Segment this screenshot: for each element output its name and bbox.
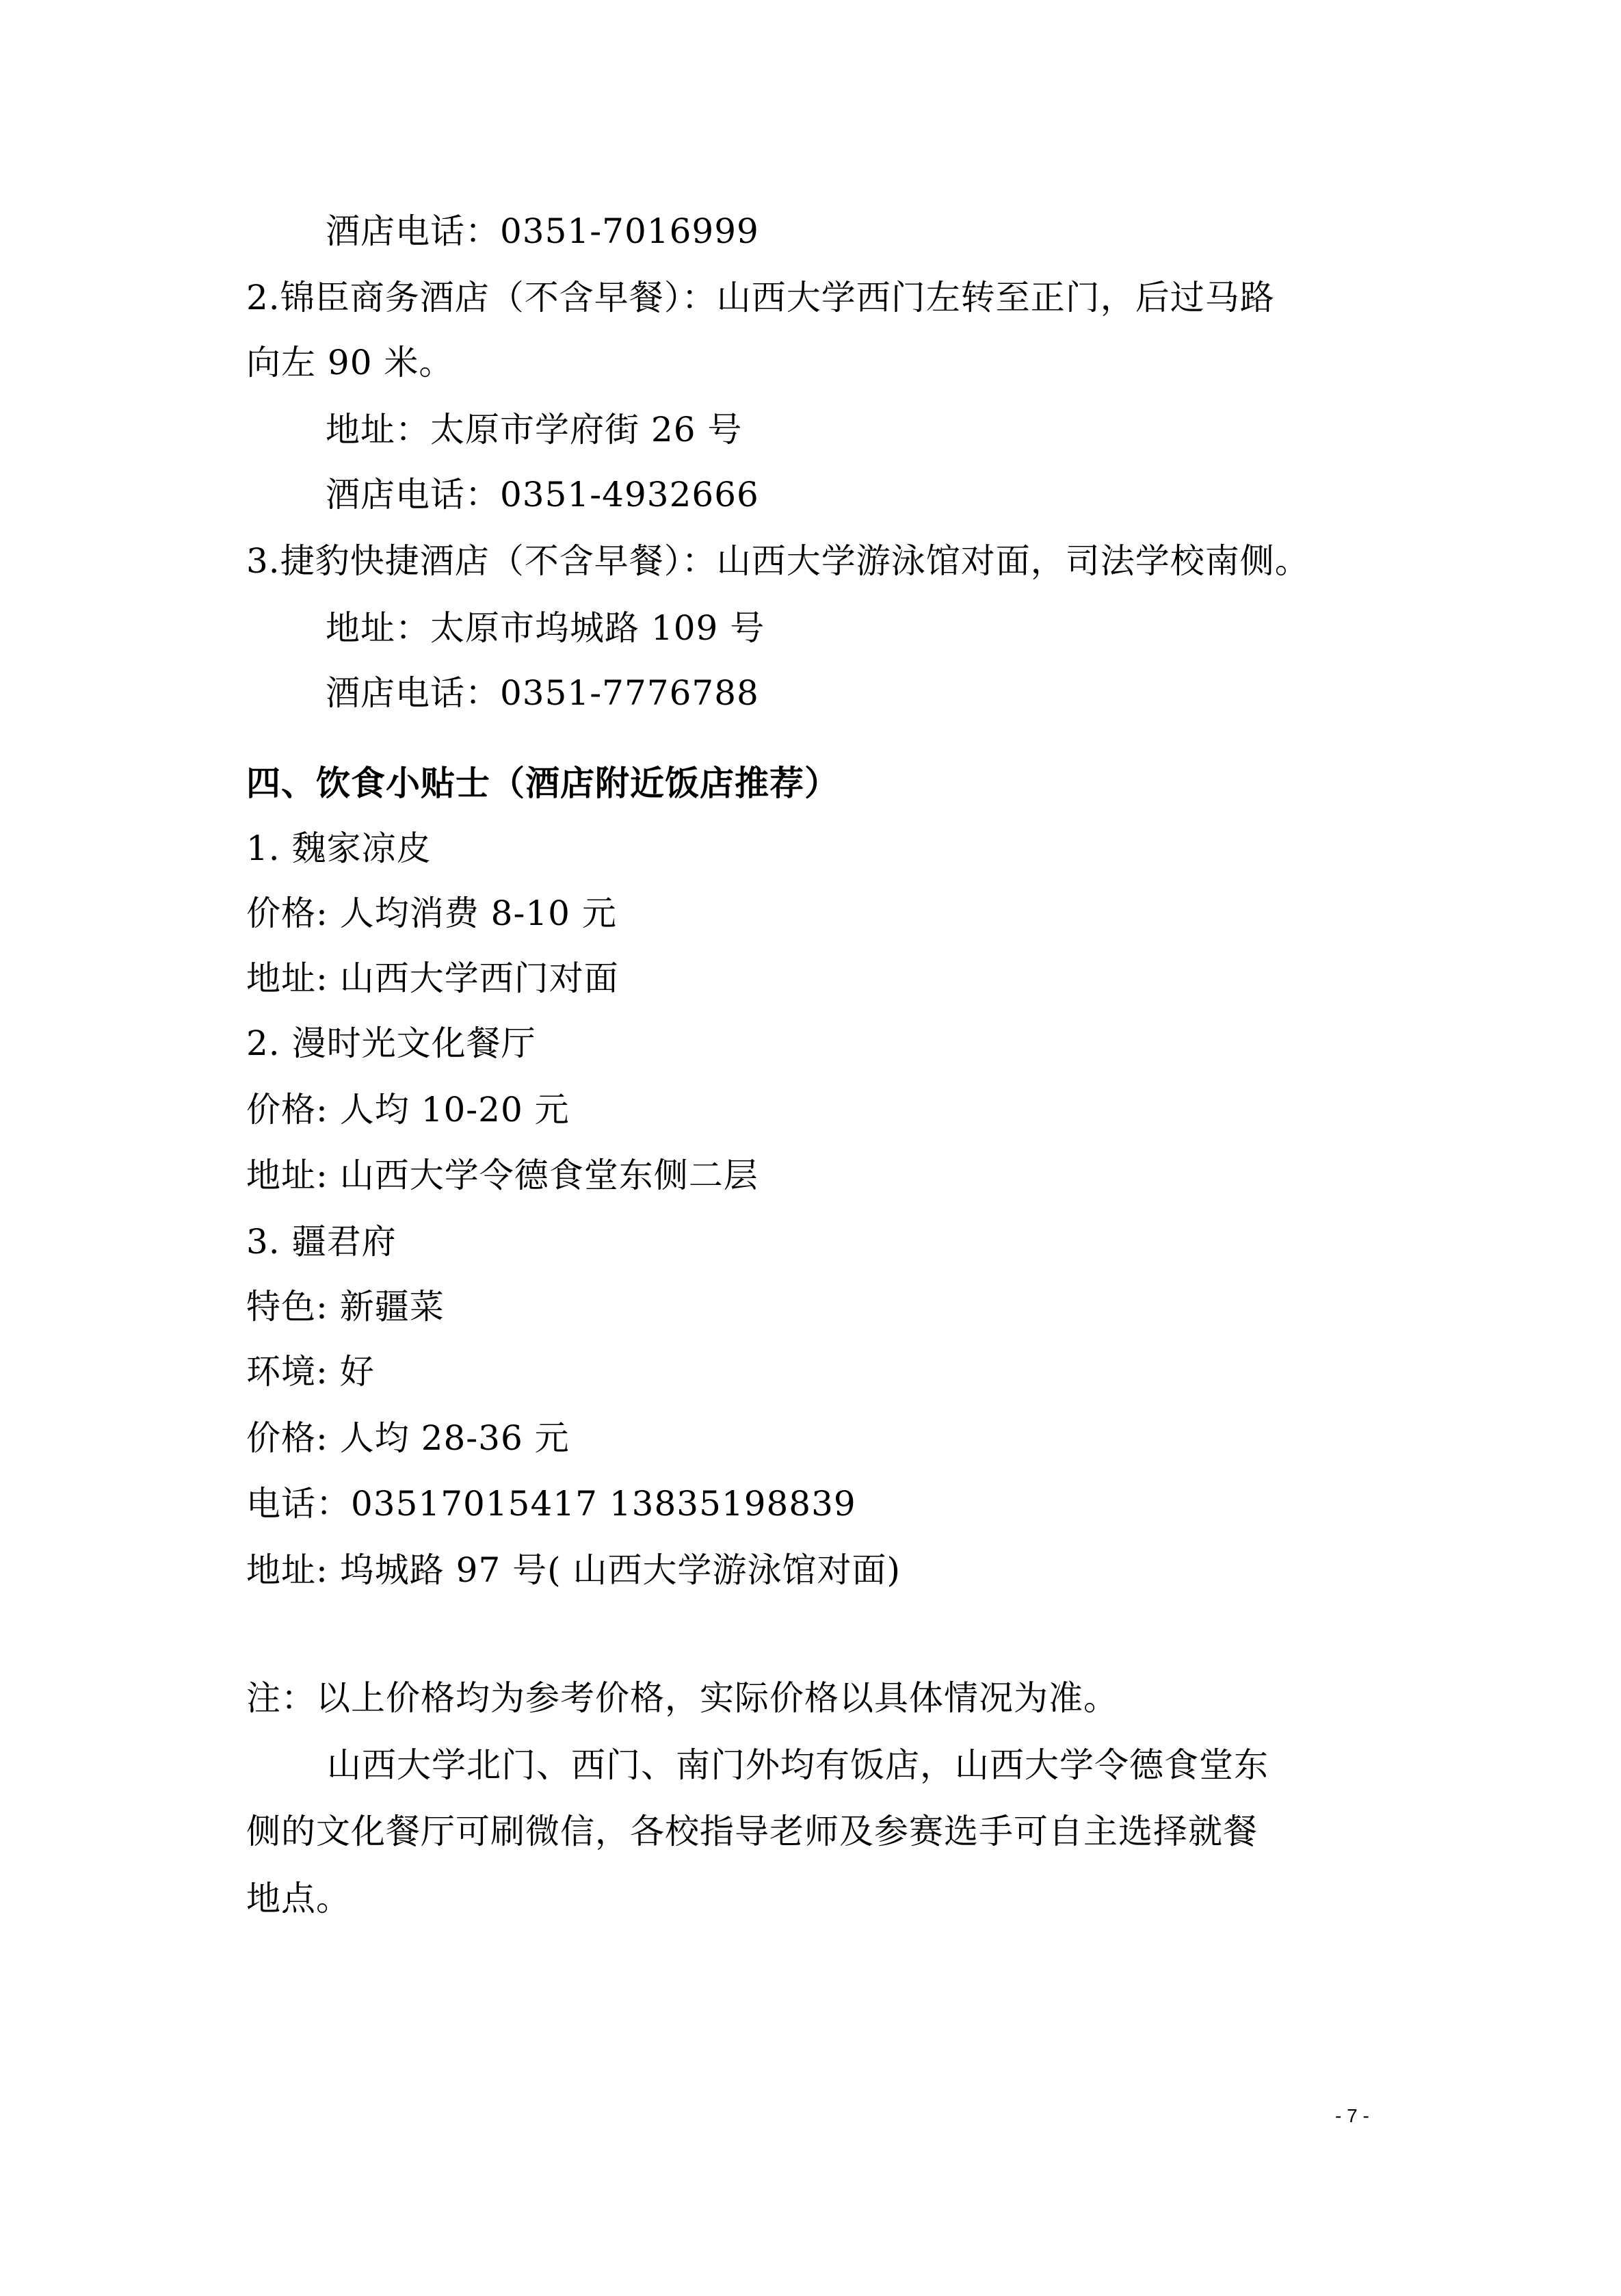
document-page: 酒店电话：0351-7016999 2.锦臣商务酒店（不含早餐）：山西大学西门左… [0,0,1621,2296]
hotel3-address: 地址：太原市坞城路 109 号 [326,608,765,649]
note-paragraph-line3: 地点。 [246,1878,351,1919]
restaurant-2-name: 2. 漫时光文化餐厅 [246,1023,536,1064]
restaurant-1-address: 地址: 山西大学西门对面 [246,958,619,999]
restaurant-1-name: 1. 魏家凉皮 [246,828,432,869]
hotel1-phone: 酒店电话：0351-7016999 [326,211,759,252]
restaurant-3-address: 地址: 坞城路 97 号( 山西大学游泳馆对面) [246,1550,901,1591]
hotel2-title: 2.锦臣商务酒店（不含早餐）：山西大学西门左转至正门，后过马路 [246,277,1275,318]
section-heading: 四、饮食小贴士（酒店附近饭店推荐） [246,763,839,804]
note-line: 注：以上价格均为参考价格，实际价格以具体情况为准。 [246,1678,1118,1719]
note-paragraph-line2: 侧的文化餐厅可刷微信，各校指导老师及参赛选手可自主选择就餐 [246,1811,1258,1852]
restaurant-3-price: 价格: 人均 28-36 元 [246,1418,570,1459]
hotel2-title-cont: 向左 90 米。 [246,342,453,383]
note-paragraph-line1: 山西大学北门、西门、南门外均有饭店，山西大学令德食堂东 [327,1745,1269,1786]
restaurant-1-price: 价格: 人均消费 8-10 元 [246,893,617,934]
hotel2-phone: 酒店电话：0351-4932666 [326,474,759,515]
restaurant-3-phone: 电话：03517015417 13835198839 [246,1483,856,1524]
restaurant-2-address: 地址: 山西大学令德食堂东侧二层 [246,1155,759,1196]
page-number: - 7 - [1335,2104,1369,2128]
restaurant-2-price: 价格: 人均 10-20 元 [246,1089,570,1130]
hotel3-phone: 酒店电话：0351-7776788 [326,673,759,714]
restaurant-3-environment: 环境: 好 [246,1351,375,1392]
restaurant-3-feature: 特色: 新疆菜 [246,1286,445,1327]
restaurant-3-name: 3. 疆君府 [246,1221,397,1262]
hotel3-title: 3.捷豹快捷酒店（不含早餐）：山西大学游泳馆对面，司法学校南侧。 [246,540,1310,582]
hotel2-address: 地址：太原市学府街 26 号 [326,409,742,450]
